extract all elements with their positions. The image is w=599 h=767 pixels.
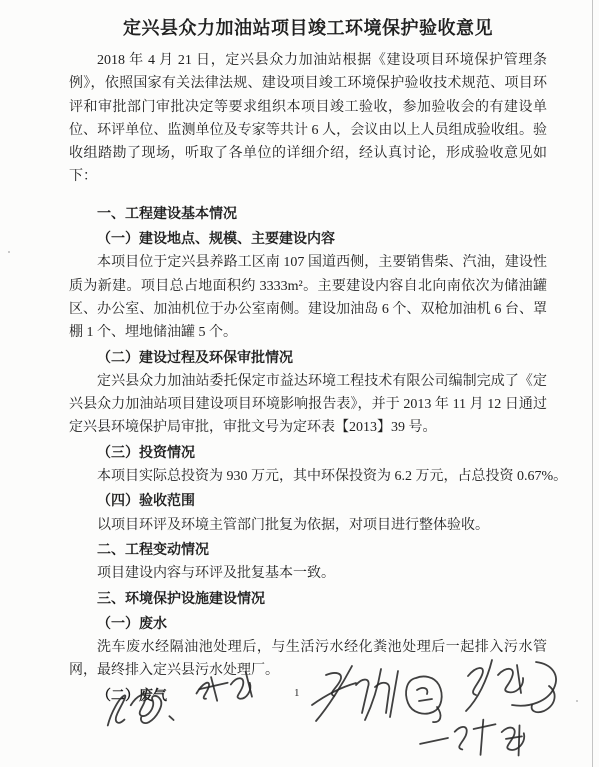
section-heading: 三、环境保护设施建设情况 — [69, 588, 547, 611]
body-paragraph: 本项目实际总投资为 930 万元，其中环保投资为 6.2 万元，占总投资 0.6… — [69, 465, 547, 488]
handwritten-signature-6 — [419, 718, 525, 759]
section-heading: 二、工程变动情况 — [69, 539, 547, 562]
body-paragraph: 2018 年 4 月 21 日，定兴县众力加油站根据《建设项目环境保护管理条例》… — [69, 49, 547, 189]
section-heading: （一）废水 — [69, 613, 547, 636]
body-paragraph: 以项目环评及环境主管部门批复为依据，对项目进行整体验收。 — [69, 514, 547, 537]
body-paragraph: 定兴县众力加油站委托保定市益达环境工程技术有限公司编制完成了《定兴县众力加油站项… — [69, 370, 547, 440]
section-heading: 一、工程建设基本情况 — [69, 203, 547, 226]
handwritten-signature-2 — [195, 672, 252, 703]
handwritten-signature-3 — [312, 666, 398, 721]
section-heading: （三）投资情况 — [69, 442, 547, 465]
handwritten-signature-5 — [466, 660, 556, 712]
body-paragraph: 项目建设内容与环评及批复基本一致。 — [69, 562, 547, 585]
body-paragraph: 本项目位于定兴县养路工区南 107 国道西侧，主要销售柴、汽油，建设性质为新建。… — [69, 251, 547, 344]
scanner-edge-line — [592, 0, 593, 767]
scan-speck — [8, 251, 10, 253]
scan-speck — [576, 700, 578, 702]
document-page: 定兴县众力加油站项目竣工环境保护验收意见 2018 年 4 月 21 日，定兴县… — [69, 10, 547, 708]
handwritten-signature-4 — [406, 676, 442, 722]
signatures-overlay — [0, 645, 599, 767]
section-heading: （四）验收范围 — [69, 490, 547, 513]
document-title: 定兴县众力加油站项目竣工环境保护验收意见 — [69, 15, 547, 41]
document-blocks: 2018 年 4 月 21 日，定兴县众力加油站根据《建设项目环境保护管理条例》… — [69, 49, 547, 708]
section-heading: （二）建设过程及环保审批情况 — [69, 347, 547, 370]
section-heading: （一）建设地点、规模、主要建设内容 — [69, 228, 547, 251]
handwritten-signature-1 — [106, 693, 173, 725]
